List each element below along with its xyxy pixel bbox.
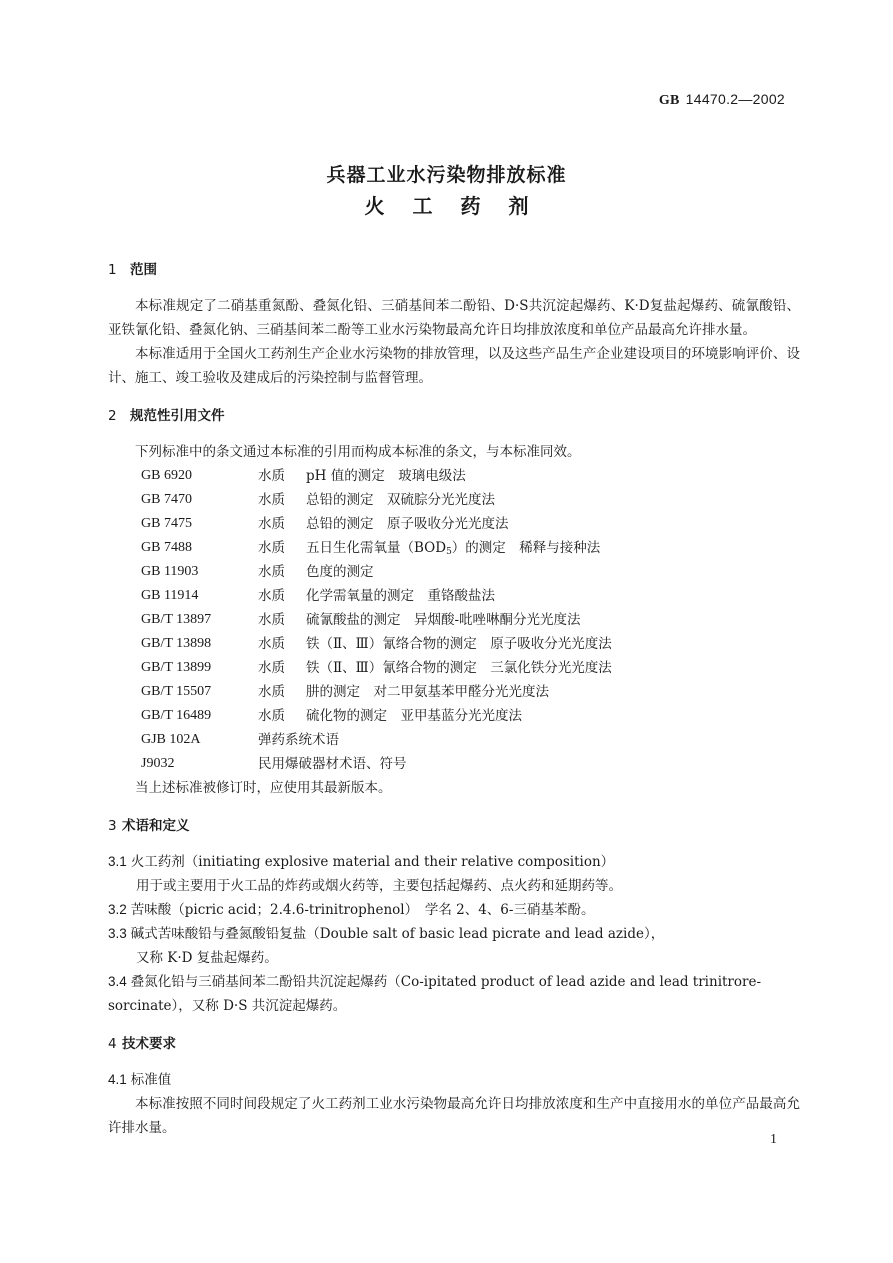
section-heading-technical-requirements: 4技术要求 [108, 1032, 800, 1056]
reference-code: GB 6920 [141, 464, 258, 488]
reference-code: GB/T 15507 [141, 680, 258, 704]
definition-3-4: 3.4叠氮化铅与三硝基间苯二酚铅共沉淀起爆药（Co-ipitated produ… [108, 970, 800, 994]
reference-code: J9032 [141, 752, 258, 776]
reference-item: GB 7470 水质 总铅的测定 双硫腙分光光度法 [108, 488, 800, 512]
references-intro: 下列标准中的条文通过本标准的引用而构成本标准的条文，与本标准同效。 [108, 440, 800, 464]
reference-title: 总铅的测定 双硫腙分光光度法 [306, 488, 800, 512]
reference-title-part: 五日生化需氧量（BOD [306, 540, 446, 556]
section-number: 4 [108, 1032, 122, 1056]
reference-title: 硫化物的测定 亚甲基蓝分光光度法 [306, 704, 800, 728]
definition-text: 又称 K·D 复盐起爆药。 [108, 946, 800, 970]
definition-number: 3.3 [108, 926, 127, 941]
reference-code: GB 7470 [141, 488, 258, 512]
reference-field: 水质 [258, 680, 306, 704]
definition-term: 碱式苦味酸铅与叠氮酸铅复盐（Double salt of basic lead … [131, 926, 664, 942]
reference-field: 水质 [258, 512, 306, 536]
reference-code: GB/T 13899 [141, 656, 258, 680]
reference-item: GB 11914 水质 化学需氧量的测定 重铬酸盐法 [108, 584, 800, 608]
reference-item: GB 7475 水质 总铅的测定 原子吸收分光光度法 [108, 512, 800, 536]
definition-3-2: 3.2苦味酸（picric acid；2.4.6-trinitrophenol）… [108, 898, 800, 922]
definition-number: 3.4 [108, 974, 127, 989]
definition-number: 3.1 [108, 854, 127, 869]
reference-title: 民用爆破器材术语、符号 [258, 752, 800, 776]
section-heading-normative-references: 2规范性引用文件 [108, 404, 800, 428]
definition-term: 火工药剂（initiating explosive material and t… [131, 854, 614, 870]
subsection-number: 4.1 [108, 1072, 127, 1087]
reference-item: GB/T 13898 水质 铁（Ⅱ、Ⅲ）氰络合物的测定 原子吸收分光光度法 [108, 632, 800, 656]
reference-item: GB/T 13897 水质 硫氰酸盐的测定 异烟酸-吡唑啉酮分光光度法 [108, 608, 800, 632]
reference-field: 水质 [258, 536, 306, 560]
reference-field: 水质 [258, 560, 306, 584]
reference-item: GB 11903 水质 色度的测定 [108, 560, 800, 584]
document-title: 兵器工业水污染物排放标准 [0, 160, 893, 187]
reference-field: 水质 [258, 632, 306, 656]
definition-term: 叠氮化铅与三硝基间苯二酚铅共沉淀起爆药（Co-ipitated product … [131, 974, 761, 990]
reference-title: 铁（Ⅱ、Ⅲ）氰络合物的测定 原子吸收分光光度法 [306, 632, 800, 656]
reference-field: 水质 [258, 608, 306, 632]
reference-title: 五日生化需氧量（BOD5）的测定 稀释与接种法 [306, 536, 800, 560]
reference-code: GB 7488 [141, 536, 258, 560]
section-heading-terms: 3术语和定义 [108, 814, 800, 838]
reference-title: 硫氰酸盐的测定 异烟酸-吡唑啉酮分光光度法 [306, 608, 800, 632]
reference-item: GB 6920 水质 pH 值的测定 玻璃电级法 [108, 464, 800, 488]
reference-code: GB/T 13898 [141, 632, 258, 656]
reference-item: GB 7488 水质 五日生化需氧量（BOD5）的测定 稀释与接种法 [108, 536, 800, 560]
reference-code: GB 11914 [141, 584, 258, 608]
reference-field: 水质 [258, 584, 306, 608]
reference-item: GB/T 15507 水质 肼的测定 对二甲氨基苯甲醛分光光度法 [108, 680, 800, 704]
references-closing: 当上述标准被修订时，应使用其最新版本。 [108, 776, 800, 800]
subsection-heading-standard-values: 4.1标准值 [108, 1068, 800, 1092]
paragraph: 本标准适用于全国火工药剂生产企业水污染物的排放管理，以及这些产品生产企业建设项目… [108, 342, 800, 390]
reference-code: GB/T 16489 [141, 704, 258, 728]
definition-text: sorcinate），又称 D·S 共沉淀起爆药。 [108, 994, 800, 1018]
section-number: 3 [108, 814, 122, 838]
standard-code: 14470.2—2002 [686, 91, 785, 107]
definition-3-3: 3.3碱式苦味酸铅与叠氮酸铅复盐（Double salt of basic le… [108, 922, 800, 946]
section-title: 技术要求 [122, 1036, 176, 1052]
reference-title: 化学需氧量的测定 重铬酸盐法 [306, 584, 800, 608]
reference-field: 水质 [258, 704, 306, 728]
reference-code: GJB 102A [141, 728, 258, 752]
reference-code: GB 7475 [141, 512, 258, 536]
reference-title: 肼的测定 对二甲氨基苯甲醛分光光度法 [306, 680, 800, 704]
standard-number: GB14470.2—2002 [659, 91, 785, 109]
reference-item: GB/T 16489 水质 硫化物的测定 亚甲基蓝分光光度法 [108, 704, 800, 728]
section-title: 范围 [130, 262, 157, 278]
definition-text: 用于或主要用于火工品的炸药或烟火药等，主要包括起爆药、点火药和延期药等。 [108, 874, 800, 898]
reference-title: 弹药系统术语 [258, 728, 800, 752]
document-body: 1范围 本标准规定了二硝基重氮酚、叠氮化铅、三硝基间苯二酚铅、D·S共沉淀起爆药… [108, 258, 800, 1140]
definition-term: 苦味酸（picric acid；2.4.6-trinitrophenol） 学名… [131, 902, 595, 918]
reference-title-part: ）的测定 稀释与接种法 [452, 540, 601, 556]
section-number: 1 [108, 258, 130, 282]
reference-list: GB 6920 水质 pH 值的测定 玻璃电级法 GB 7470 水质 总铅的测… [108, 464, 800, 776]
paragraph: 本标准规定了二硝基重氮酚、叠氮化铅、三硝基间苯二酚铅、D·S共沉淀起爆药、K·D… [108, 294, 800, 342]
reference-title: 色度的测定 [306, 560, 800, 584]
reference-code: GB/T 13897 [141, 608, 258, 632]
reference-item: J9032 民用爆破器材术语、符号 [108, 752, 800, 776]
definition-number: 3.2 [108, 902, 127, 917]
definition-3-1: 3.1火工药剂（initiating explosive material an… [108, 850, 800, 874]
reference-field: 水质 [258, 488, 306, 512]
reference-item: GB/T 13899 水质 铁（Ⅱ、Ⅲ）氰络合物的测定 三氯化铁分光光度法 [108, 656, 800, 680]
subsection-title: 标准值 [131, 1072, 172, 1088]
reference-item: GJB 102A 弹药系统术语 [108, 728, 800, 752]
reference-field: 水质 [258, 656, 306, 680]
document-subtitle: 火工药剂 [0, 190, 893, 219]
reference-field: 水质 [258, 464, 306, 488]
page-number: 1 [770, 1132, 777, 1148]
reference-title: 总铅的测定 原子吸收分光光度法 [306, 512, 800, 536]
section-number: 2 [108, 404, 130, 428]
reference-code: GB 11903 [141, 560, 258, 584]
section-title: 规范性引用文件 [130, 408, 225, 424]
section-heading-scope: 1范围 [108, 258, 800, 282]
section-title: 术语和定义 [122, 818, 190, 834]
standard-prefix: GB [659, 93, 680, 108]
paragraph: 本标准按照不同时间段规定了火工药剂工业水污染物最高允许日均排放浓度和生产中直接用… [108, 1092, 800, 1140]
reference-title: 铁（Ⅱ、Ⅲ）氰络合物的测定 三氯化铁分光光度法 [306, 656, 800, 680]
reference-title: pH 值的测定 玻璃电级法 [306, 464, 800, 488]
